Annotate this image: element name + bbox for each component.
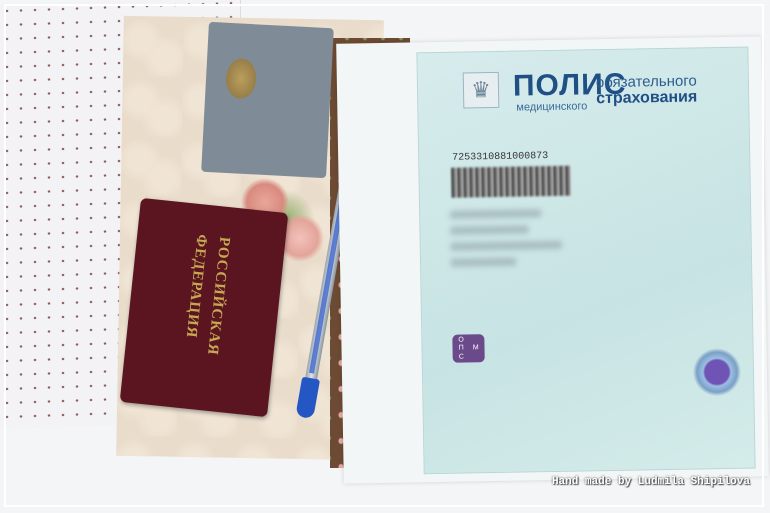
pen-tip xyxy=(295,377,320,420)
emblem-icon xyxy=(225,58,257,100)
oms-letter: С xyxy=(455,353,469,361)
insurance-policy: ♛ ПОЛИС медицинского обязательного страх… xyxy=(416,47,755,475)
policy-subtitle-left: медицинского xyxy=(516,100,587,113)
oms-letter: О xyxy=(454,336,468,344)
hologram-icon xyxy=(693,348,742,397)
policy-number: 7253310881000873 xyxy=(452,151,548,164)
coat-of-arms-icon: ♛ xyxy=(463,72,500,109)
oms-letter: П xyxy=(454,345,468,353)
watermark: Hand made by Ludmila Shipilova xyxy=(552,476,750,488)
grey-document-card xyxy=(201,22,334,178)
passport: РОССИЙСКАЯ ФЕДЕРАЦИЯ xyxy=(120,198,289,417)
blurred-personal-data xyxy=(450,201,582,293)
barcode xyxy=(451,166,572,198)
oms-logo-icon: О П М С xyxy=(452,334,484,363)
oms-letter: М xyxy=(469,345,483,353)
policy-sleeve: ♛ ПОЛИС медицинского обязательного страх… xyxy=(336,36,769,483)
document-cover: РОССИЙСКАЯ ФЕДЕРАЦИЯ ♛ ПОЛИС медицинског… xyxy=(0,0,770,513)
policy-subtitle-right-2: страхования xyxy=(596,88,697,108)
